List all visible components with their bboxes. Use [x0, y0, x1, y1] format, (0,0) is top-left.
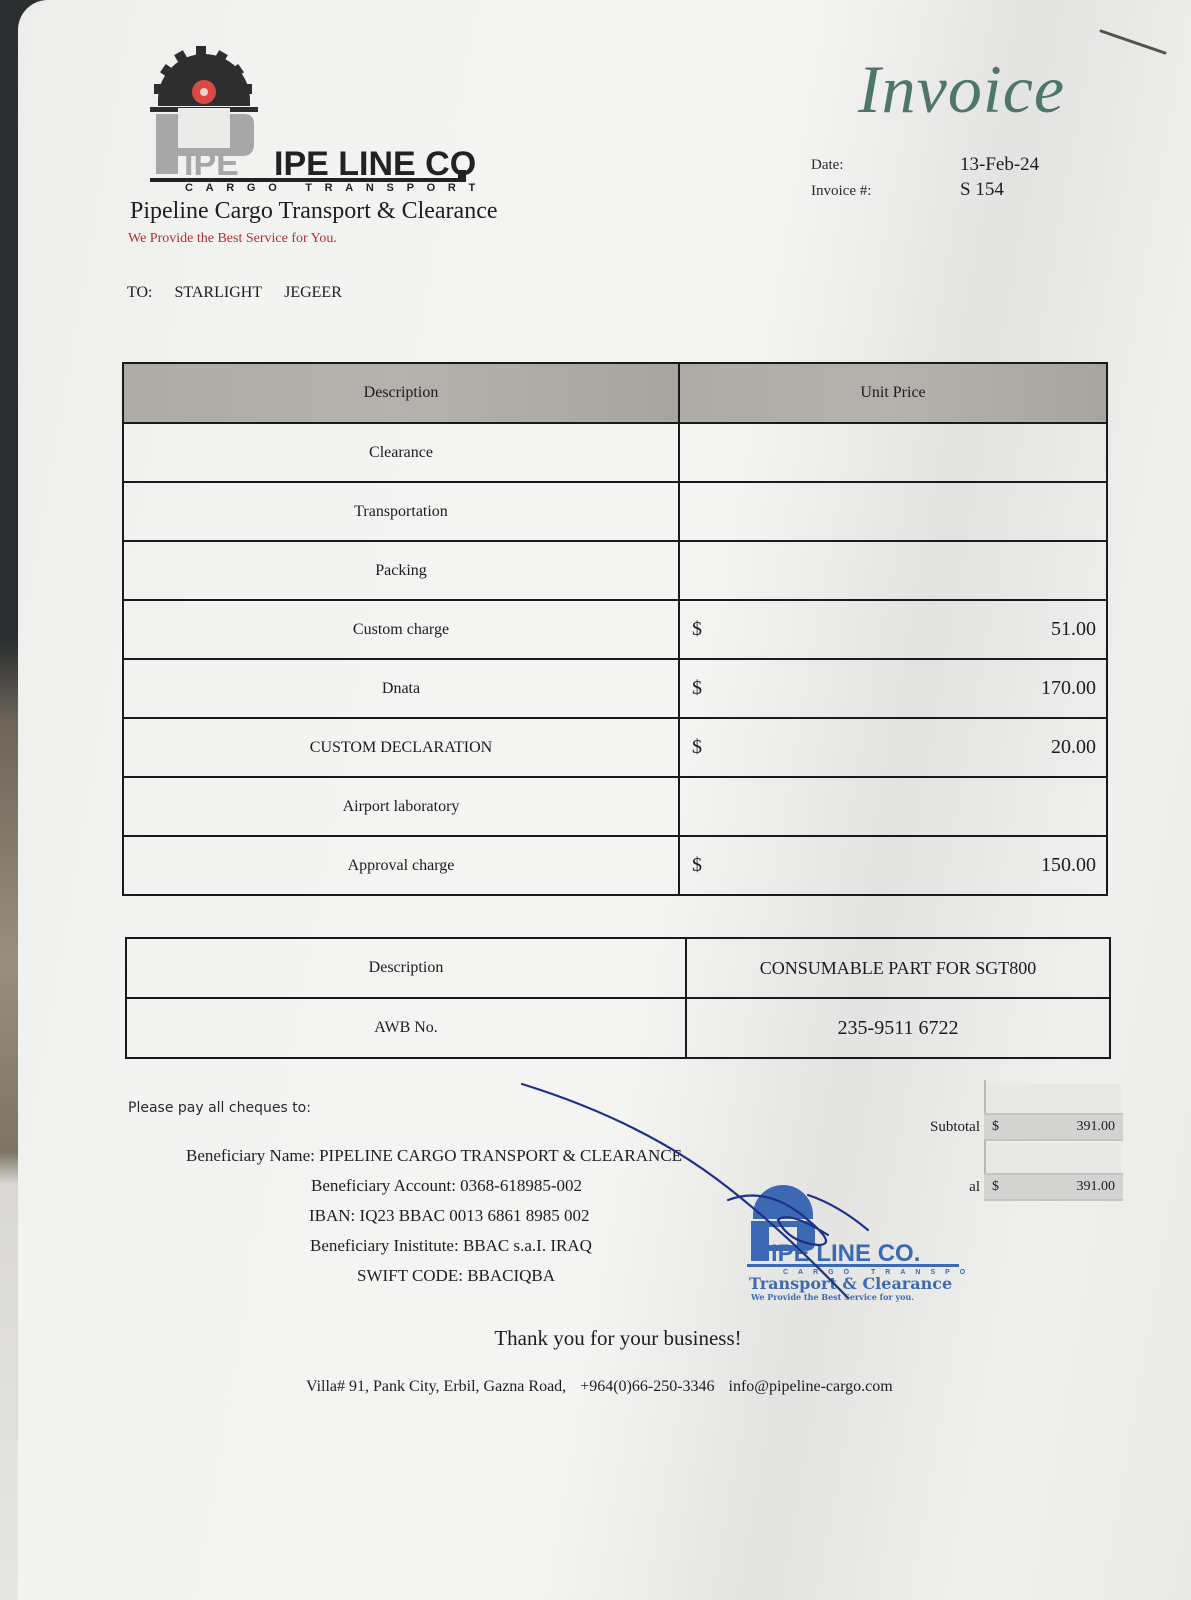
item-description: Custom charge [123, 600, 679, 659]
svg-text:IPE LINE CO.: IPE LINE CO. [274, 145, 478, 183]
awb-value: 235-9511 6722 [686, 998, 1110, 1058]
table-row: Approval charge$150.00 [123, 836, 1107, 895]
item-description: Airport laboratory [123, 777, 679, 836]
subtotal-value: 391.00 [1077, 1119, 1116, 1135]
item-unit-price: $51.00 [679, 600, 1107, 659]
bill-to-label: TO: [127, 284, 152, 302]
item-unit-price [679, 423, 1107, 482]
item-amount: 51.00 [1051, 618, 1096, 641]
header-unit-price: Unit Price [679, 363, 1107, 423]
item-description: Transportation [123, 482, 679, 541]
header-description: Description [123, 363, 679, 423]
totals-blank-cell [986, 1143, 1121, 1173]
item-description: Clearance [123, 423, 679, 482]
footer-phone: +964(0)66-250-3346 [580, 1378, 714, 1395]
table-row: CUSTOM DECLARATION$20.00 [123, 718, 1107, 777]
subtotal-currency: $ [992, 1119, 999, 1135]
item-unit-price: $150.00 [679, 836, 1107, 895]
invoice-number-value: S 154 [960, 179, 1004, 201]
table-row: Description CONSUMABLE PART FOR SGT800 [126, 938, 1110, 998]
shipment-info-table: Description CONSUMABLE PART FOR SGT800 A… [125, 937, 1111, 1059]
item-currency: $ [692, 677, 702, 700]
subtotal-row: Subtotal $ 391.00 [918, 1113, 1123, 1141]
item-description: Dnata [123, 659, 679, 718]
company-logo-icon: IPE IPE LINE CO. [148, 44, 478, 194]
bill-to: TO: STARLIGHT JEGEER [127, 284, 342, 302]
svg-text:IPE: IPE [184, 145, 239, 183]
item-description: Packing [123, 541, 679, 600]
bill-to-name-1: STARLIGHT [174, 284, 262, 302]
table-row: Custom charge$51.00 [123, 600, 1107, 659]
item-unit-price [679, 777, 1107, 836]
items-table-header: Description Unit Price [123, 363, 1107, 423]
item-description: CUSTOM DECLARATION [123, 718, 679, 777]
company-name: Pipeline Cargo Transport & Clearance [130, 198, 498, 225]
item-currency: $ [692, 736, 702, 759]
subtotal-label: Subtotal [918, 1119, 984, 1136]
item-currency: $ [692, 618, 702, 641]
date-value: 13-Feb-24 [960, 154, 1039, 176]
invoice-title: Invoice [858, 50, 1065, 129]
items-table: Description Unit Price ClearanceTranspor… [122, 362, 1108, 896]
bill-to-name-2: JEGEER [284, 284, 342, 302]
item-amount: 150.00 [1041, 854, 1096, 877]
signature [518, 1070, 918, 1300]
date-label: Date: [811, 157, 843, 174]
totals-blank-cell [986, 1084, 1121, 1114]
company-tagline: We Provide the Best Service for You. [128, 231, 337, 247]
total-currency: $ [992, 1179, 999, 1195]
item-currency: $ [692, 854, 702, 877]
invoice-paper: IPE IPE LINE CO. CARGO TRANSPORT Pipelin… [18, 0, 1191, 1600]
table-row: AWB No. 235-9511 6722 [126, 998, 1110, 1058]
table-row: Airport laboratory [123, 777, 1107, 836]
item-amount: 20.00 [1051, 736, 1096, 759]
shipment-description-label: Description [126, 938, 686, 998]
table-row: Dnata$170.00 [123, 659, 1107, 718]
table-row: Transportation [123, 482, 1107, 541]
table-row: Clearance [123, 423, 1107, 482]
item-unit-price: $170.00 [679, 659, 1107, 718]
awb-label: AWB No. [126, 998, 686, 1058]
footer-email: info@pipeline-cargo.com [729, 1378, 893, 1395]
pen-mark [1093, 25, 1173, 60]
item-unit-price: $20.00 [679, 718, 1107, 777]
item-description: Approval charge [123, 836, 679, 895]
total-value: 391.00 [1077, 1179, 1116, 1195]
shipment-description-value: CONSUMABLE PART FOR SGT800 [686, 938, 1110, 998]
payment-heading: Please pay all cheques to: [128, 1100, 311, 1116]
footer-address: Villa# 91, Pank City, Erbil, Gazna Road, [306, 1378, 566, 1395]
item-amount: 170.00 [1041, 677, 1096, 700]
item-unit-price [679, 482, 1107, 541]
item-unit-price [679, 541, 1107, 600]
invoice-number-label: Invoice #: [811, 183, 871, 200]
table-row: Packing [123, 541, 1107, 600]
thank-you-message: Thank you for your business! [18, 1326, 1191, 1351]
logo-subtitle: CARGO TRANSPORT [185, 182, 488, 194]
company-footer: Villa# 91, Pank City, Erbil, Gazna Road,… [306, 1378, 903, 1396]
